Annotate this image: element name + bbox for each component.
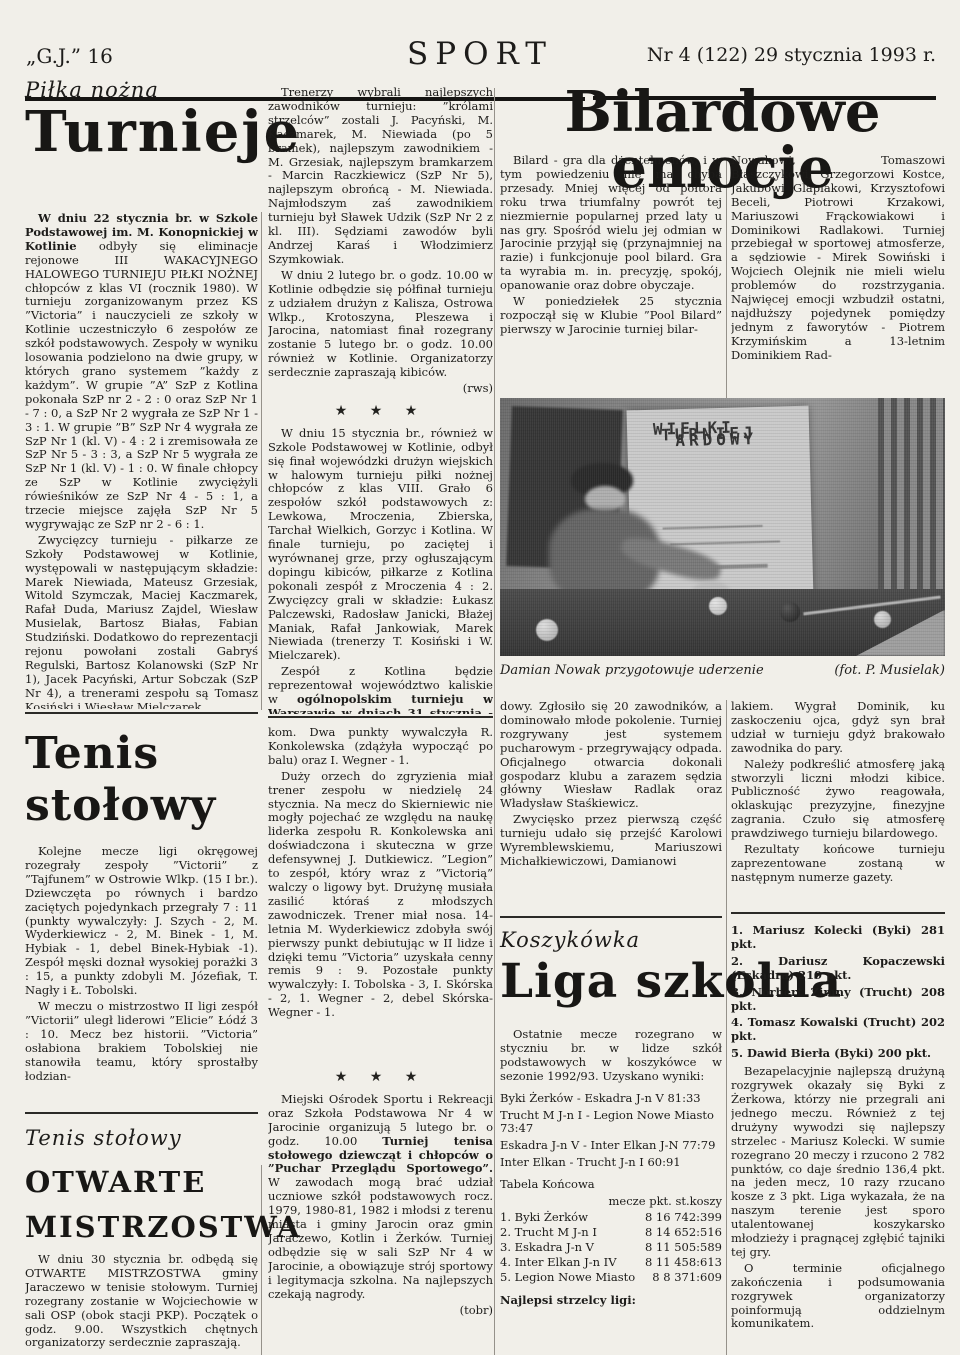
article-liga-col4: 1. Mariusz Kolecki (Byki) 281 pkt. 2. Da… — [731, 924, 945, 1355]
headline-tenis-stolowy: Tenis stołowy — [25, 728, 216, 832]
article-tenis-col1: Kolejne mecze ligi okręgowej rozegrały z… — [25, 845, 258, 1107]
article-bilard-col4-bottom: lakiem. Wygrał Dominik, ku zaskoczeniu o… — [731, 700, 945, 910]
column-divider — [494, 88, 495, 1355]
article-paragraph: Ostatnie mecze rozegrano w styczniu br. … — [500, 1028, 722, 1084]
photo-credit: (fot. P. Musielak) — [834, 663, 945, 678]
team-stats: 8 16 742:399 — [645, 1211, 722, 1225]
section-rule — [500, 916, 722, 918]
table-row: 5. Legion Nowe Miasto 8 8 371:609 — [500, 1271, 722, 1285]
article-paragraph: Zwycięsko przez pierwszą część turnieju … — [500, 813, 722, 869]
article-paragraph: kom. Dwa punkty wywalczyła R. Konkolewsk… — [268, 726, 493, 768]
article-paragraph: Trenerzy wybrali najlepszych zawodników … — [268, 86, 493, 267]
team-stats: 8 11 458:613 — [645, 1256, 722, 1270]
kicker-koszykowka: Koszykówka — [500, 928, 640, 952]
team-name: 5. Legion Nowe Miasto — [500, 1271, 635, 1285]
article-paragraph: Rezultaty końcowe turnieju zaprezentowan… — [731, 843, 945, 885]
photo-caption-row: Damian Nowak przygotowuje uderzenie (fot… — [500, 663, 945, 678]
table-row: 2. Trucht M J-n I 8 14 652:516 — [500, 1226, 722, 1240]
article-paragraph: W dniu 2 lutego br. o godz. 10.00 w Kotl… — [268, 269, 493, 380]
article-liga-szkolna: Ostatnie mecze rozegrano w styczniu br. … — [500, 1028, 722, 1355]
top-scorers-label: Najlepsi strzelcy ligi: — [500, 1294, 722, 1308]
article-bilard-col3-bottom: dowy. Zgłosiło się 20 zawodników, a domi… — [500, 700, 722, 912]
column-divider — [261, 212, 262, 710]
section-rule — [25, 1112, 258, 1114]
paragraph-text: W zawodach mogą brać udział uczniowe szk… — [268, 1175, 493, 1300]
article-paragraph: Duży orzech do zgryzienia miał trener ze… — [268, 770, 493, 1020]
article-paragraph: Nowakowi, Tomaszowi Błaszczykowi, Grzego… — [731, 154, 945, 363]
stars-separator: ★ ★ ★ — [268, 1071, 493, 1085]
top-scorer-entry: 4. Tomasz Kowalski (Trucht) 202 pkt. — [731, 1016, 945, 1044]
top-scorer-entry: 2. Dariusz Kopaczewski (Eskadra) 219 pkt… — [731, 955, 945, 983]
article-paragraph: W dniu 22 stycznia br. w Szkole Podstawo… — [25, 212, 258, 532]
team-stats: 8 11 505:589 — [645, 1241, 722, 1255]
article-paragraph: dowy. Zgłosiło się 20 zawodników, a domi… — [500, 700, 722, 811]
author-signature: (rws) — [268, 382, 493, 396]
table-row: 3. Eskadra J-n V 8 11 505:589 — [500, 1241, 722, 1255]
match-result: Eskadra J-n V - Inter Elkan J-N 77:79 — [500, 1139, 722, 1153]
stars-separator: ★ ★ ★ — [268, 405, 493, 419]
team-stats: 8 8 371:609 — [652, 1271, 722, 1285]
article-bilard-col4-top: Nowakowi, Tomaszowi Błaszczykowi, Grzego… — [731, 154, 945, 398]
photo-grain-overlay — [500, 398, 945, 656]
section-rule — [268, 716, 493, 718]
headline-line: MISTRZOSTWA — [25, 1205, 301, 1250]
headline-turnieje: Turnieje — [25, 104, 301, 160]
table-title: Tabela Końcowa — [500, 1178, 722, 1192]
match-result: Inter Elkan - Trucht J-n I 60:91 — [500, 1156, 722, 1170]
team-name: 2. Trucht M J-n I — [500, 1226, 597, 1240]
team-name: 4. Inter Elkan J-n IV — [500, 1256, 617, 1270]
top-scorer-entry: 3. Norbert Zimny (Trucht) 208 pkt. — [731, 986, 945, 1014]
team-stats: 8 14 652:516 — [645, 1226, 722, 1240]
top-scorer-entry: 5. Dawid Bierła (Byki) 200 pkt. — [731, 1047, 945, 1061]
top-scorer-entry: 1. Mariusz Kolecki (Byki) 281 pkt. — [731, 924, 945, 952]
article-turnieje-col1: W dniu 22 stycznia br. w Szkole Podstawo… — [25, 212, 258, 709]
team-name: 1. Byki Żerków — [500, 1211, 588, 1225]
kicker-tenis-stolowy: Tenis stołowy — [25, 1126, 182, 1150]
section-rule — [731, 912, 945, 914]
article-mosir-tournament: ★ ★ ★ Miejski Ośrodek Sportu i Rekreacji… — [268, 1062, 493, 1355]
article-paragraph: Zespół z Kotlina będzie reprezentował wo… — [268, 665, 493, 714]
article-paragraph: W dniu 15 stycznia br., również w Szkole… — [268, 427, 493, 663]
article-tenis-col2: kom. Dwa punkty wywalczyła R. Konkolewsk… — [268, 726, 493, 1066]
headline-otwarte-mistrzostwa: OTWARTE MISTRZOSTWA — [25, 1160, 301, 1250]
issue-date: Nr 4 (122) 29 stycznia 1993 r. — [647, 44, 936, 66]
table-row: 4. Inter Elkan J-n IV 8 11 458:613 — [500, 1256, 722, 1270]
paragraph-text: odbyły się eliminacje rejonowe III WAKAC… — [25, 239, 258, 531]
article-paragraph: O terminie oficjalnego zakończenia i pod… — [731, 1262, 945, 1332]
article-turnieje-col2: Trenerzy wybrali najlepszych zawodników … — [268, 86, 493, 714]
match-result: Byki Żerków - Eskadra J-n V 81:33 — [500, 1092, 722, 1106]
article-bilard-col3-top: Bilard - gra dla dżentelmenów, i w tym p… — [500, 154, 722, 396]
article-paragraph: Bezapelacyjnie najlepszą drużyną rozgryw… — [731, 1065, 945, 1260]
newspaper-page: „G.J.” 16 SPORT Nr 4 (122) 29 stycznia 1… — [0, 0, 960, 1355]
match-result: Trucht M J-n I - Legion Nowe Miasto 73:4… — [500, 1109, 722, 1137]
article-paragraph: lakiem. Wygrał Dominik, ku zaskoczeniu o… — [731, 700, 945, 756]
billiards-photo: WIELKI TURNIEJ ARDOWY — [500, 398, 945, 656]
article-paragraph: Kolejne mecze ligi okręgowej rozegrały z… — [25, 845, 258, 998]
headline-line: stołowy — [25, 780, 216, 832]
article-paragraph: Zwycięzcy turnieju - piłkarze ze Szkoły … — [25, 534, 258, 709]
column-divider — [726, 700, 727, 1355]
article-paragraph: Bilard - gra dla dżentelmenów, i w tym p… — [500, 154, 722, 293]
article-paragraph: Miejski Ośrodek Sportu i Rekreacji oraz … — [268, 1093, 493, 1302]
photo-caption: Damian Nowak przygotowuje uderzenie — [500, 663, 764, 678]
table-row: 1. Byki Żerków 8 16 742:399 — [500, 1211, 722, 1225]
article-paragraph: W meczu o mistrzostwo II ligi zespół ”Vi… — [25, 1000, 258, 1083]
article-paragraph: Należy podkreślić atmosferę jaką stworzy… — [731, 758, 945, 841]
paragraph-bold: ogólnopolskim turnieju w Warszawie w dni… — [268, 692, 493, 714]
article-paragraph: W poniedziełek 25 stycznia rozpoczął się… — [500, 295, 722, 337]
table-column-header: mecze pkt. st.koszy — [500, 1195, 722, 1209]
author-signature: (tobr) — [268, 1304, 493, 1318]
headline-line: OTWARTE — [25, 1160, 301, 1205]
headline-line: Tenis — [25, 728, 216, 780]
section-rule — [25, 712, 258, 714]
article-paragraph: W dniu 30 stycznia br. odbędą się OTWART… — [25, 1253, 258, 1350]
article-otwarte: W dniu 30 stycznia br. odbędą się OTWART… — [25, 1253, 258, 1355]
team-name: 3. Eskadra J-n V — [500, 1241, 594, 1255]
